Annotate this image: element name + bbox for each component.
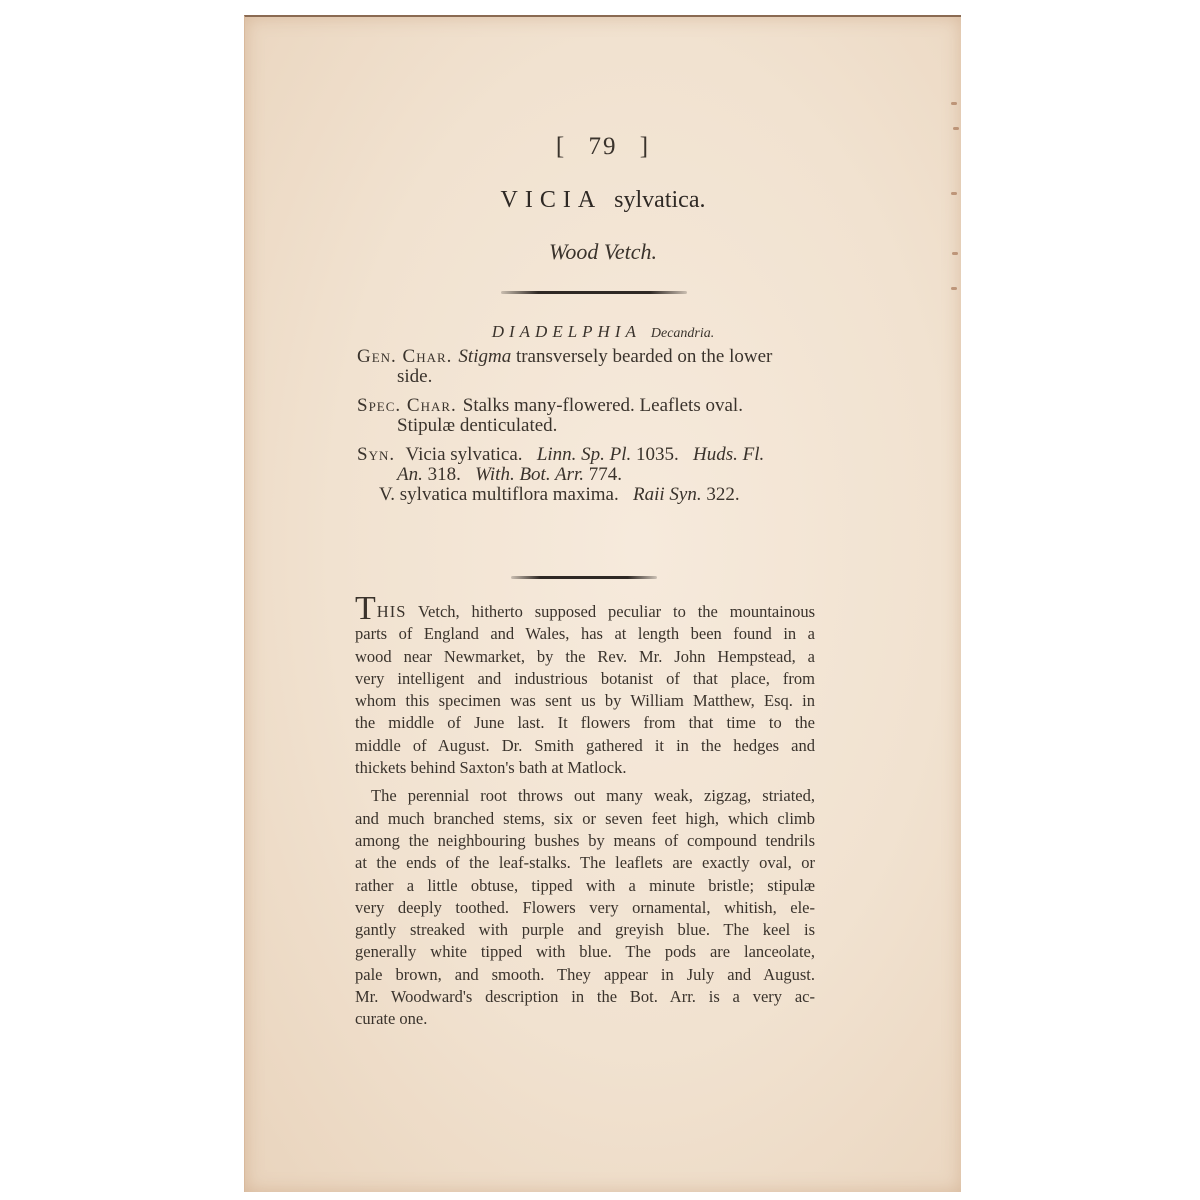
syn-name-ray: V. sylvatica multiflora maxima. [379, 484, 619, 505]
gen-char-text: transversely bearded on the lower [511, 346, 772, 367]
text-line: very intelligent and industrious botanis… [355, 668, 815, 690]
syn-name: Vicia sylvatica. [406, 444, 523, 465]
text-line: wood near Newmarket, by the Rev. Mr. Joh… [355, 646, 815, 668]
botanical-characters: Gen. Char.Stigma transversely bearded on… [357, 347, 823, 514]
class-name: DIADELPHIA [492, 322, 641, 341]
text-line: gantly streaked with purple and greyish … [355, 919, 815, 941]
divider-rule-middle [511, 576, 657, 579]
gen-char-text-cont: side. [357, 367, 823, 387]
description-paragraph-2: The perennial root throws out many weak,… [355, 785, 815, 1030]
syn-ref-hudson-page: 318. [428, 464, 461, 485]
edge-wear-mark [951, 192, 957, 195]
page-number: [ 79 ] [245, 133, 961, 161]
synonyms: Syn. Vicia sylvatica. Linn. Sp. Pl. 1035… [357, 445, 823, 505]
generic-character: Gen. Char.Stigma transversely bearded on… [357, 347, 823, 387]
text-line: The perennial root throws out many weak,… [355, 785, 815, 807]
spec-char-text-cont: Stipulæ denticulated. [357, 416, 823, 436]
text-line: the middle of June last. It flowers from… [355, 712, 815, 734]
drop-cap: T [355, 590, 376, 627]
edge-wear-mark [951, 287, 957, 290]
text-line: very deeply toothed. Flowers very orname… [355, 897, 815, 919]
text-line: middle of August. Dr. Smith gathered it … [355, 735, 815, 757]
order-name: Decandria. [651, 326, 714, 341]
edge-wear-mark [953, 127, 959, 130]
syn-ref-ray: Raii Syn. [633, 484, 702, 505]
syn-ref-withering: With. Bot. Arr. [475, 464, 584, 485]
book-page: [ 79 ] VICIA sylvatica. Wood Vetch. DIAD… [244, 15, 961, 1192]
text-line: pale brown, and smooth. They appear in J… [355, 964, 815, 986]
specific-character: Spec. Char.Stalks many-flowered. Leaflet… [357, 396, 823, 436]
text-line: generally white tipped with blue. The po… [355, 941, 815, 963]
text-line: among the neighbouring bushes by means o… [355, 830, 815, 852]
edge-wear-mark [951, 102, 957, 105]
syn-ref-linnaeus-page: 1035. [636, 444, 679, 465]
linnaean-classification: DIADELPHIA Decandria. [245, 322, 961, 342]
syn-ref-ray-page: 322. [706, 484, 739, 505]
opening-caps: HIS [377, 602, 407, 621]
description-paragraph-1: THIS Vetch, hitherto supposed peculiar t… [355, 599, 815, 779]
syn-ref-hudson: Huds. Fl. [693, 444, 764, 465]
text-line: whom this specimen was sent us by Willia… [355, 690, 815, 712]
divider-rule-top [501, 291, 687, 294]
text-line: at the ends of the leaf-stalks. The leaf… [355, 852, 815, 874]
text-line: Mr. Woodward's description in the Bot. A… [355, 986, 815, 1008]
spec-char-label: Spec. Char. [357, 395, 457, 416]
gen-char-label: Gen. Char. [357, 346, 452, 367]
text-line: thickets behind Saxton's bath at Matlock… [355, 757, 815, 779]
bracket-open: [ [556, 133, 566, 160]
bracket-close: ] [640, 133, 650, 160]
common-name: Wood Vetch. [245, 239, 961, 265]
edge-wear-mark [952, 252, 958, 255]
gen-char-italic: Stigma [458, 346, 511, 367]
genus-name: VICIA [501, 187, 603, 213]
spec-char-text: Stalks many-flowered. Leaflets oval. [463, 395, 743, 416]
species-name: sylvatica. [614, 187, 705, 213]
syn-ref-withering-page: 774. [589, 464, 622, 485]
page-number-value: 79 [589, 133, 618, 160]
text-line: Vetch, hitherto supposed peculiar to the… [406, 602, 815, 621]
description-text: THIS Vetch, hitherto supposed peculiar t… [355, 599, 815, 1031]
syn-ref-linnaeus: Linn. Sp. Pl. [537, 444, 631, 465]
syn-ref-hudson-cont: An. [397, 464, 423, 485]
species-title: VICIA sylvatica. [245, 187, 961, 214]
text-line: curate one. [355, 1008, 815, 1030]
syn-label: Syn. [357, 444, 395, 465]
text-line: parts of England and Wales, has at lengt… [355, 623, 815, 645]
text-line: and much branched stems, six or seven fe… [355, 808, 815, 830]
text-line: rather a little obtuse, tipped with a mi… [355, 875, 815, 897]
